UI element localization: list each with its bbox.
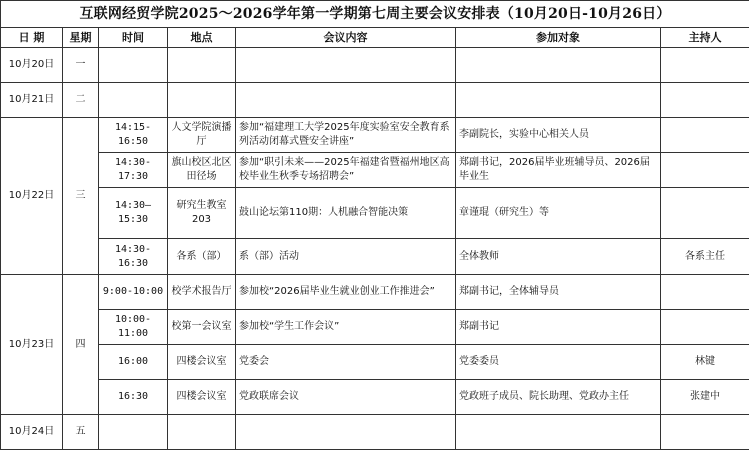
location-cell: 研究生教室203	[168, 188, 236, 239]
time-cell: 14:30—15:30	[99, 188, 168, 239]
location-cell: 各系（部）	[168, 239, 236, 275]
location-cell	[168, 83, 236, 118]
date-cell: 10月23日	[1, 275, 63, 415]
time-cell: 16:30	[99, 380, 168, 415]
table-row: 10月21日 二	[1, 83, 749, 118]
host-cell: 各系主任	[661, 239, 749, 275]
host-cell	[661, 118, 749, 153]
header-time: 时间	[99, 28, 168, 48]
weekday-cell: 一	[63, 48, 99, 83]
date-cell: 10月21日	[1, 83, 63, 118]
time-cell: 16:00	[99, 345, 168, 380]
time-cell: 10:00-11:00	[99, 310, 168, 345]
date-cell: 10月20日	[1, 48, 63, 83]
header-row: 日 期 星期 时间 地点 会议内容 参加对象 主持人	[1, 28, 749, 48]
host-cell: 林键	[661, 345, 749, 380]
location-cell: 人文学院演播厅	[168, 118, 236, 153]
table-row: 10月23日 四 9:00-10:00 校学术报告厅 参加校“2026届毕业生就…	[1, 275, 749, 310]
attendees-cell	[456, 83, 661, 118]
header-host: 主持人	[661, 28, 749, 48]
host-cell	[661, 275, 749, 310]
table-row: 16:30 四楼会议室 党政联席会议 党政班子成员、院长助理、党政办主任 张建中	[1, 380, 749, 415]
content-cell: 党政联席会议	[236, 380, 456, 415]
location-cell	[168, 48, 236, 83]
weekday-cell: 四	[63, 275, 99, 415]
attendees-cell: 章谨琨（研究生）等	[456, 188, 661, 239]
location-cell: 四楼会议室	[168, 380, 236, 415]
table-row: 14:30—15:30 研究生教室203 鼓山论坛第110期：人机融合智能决策 …	[1, 188, 749, 239]
host-cell	[661, 153, 749, 188]
attendees-cell: 党委委员	[456, 345, 661, 380]
attendees-cell: 党政班子成员、院长助理、党政办主任	[456, 380, 661, 415]
time-cell: 14:15-16:50	[99, 118, 168, 153]
location-cell: 校学术报告厅	[168, 275, 236, 310]
attendees-cell: 郑副书记，全体辅导员	[456, 275, 661, 310]
content-cell	[236, 48, 456, 83]
content-cell	[236, 415, 456, 450]
page-title: 互联网经贸学院2025～2026学年第一学期第七周主要会议安排表（10月20日-…	[1, 1, 749, 28]
header-content: 会议内容	[236, 28, 456, 48]
title-row: 互联网经贸学院2025～2026学年第一学期第七周主要会议安排表（10月20日-…	[1, 1, 749, 28]
location-cell: 旗山校区北区田径场	[168, 153, 236, 188]
table-row: 14:30-16:30 各系（部） 系（部）活动 全体教师 各系主任	[1, 239, 749, 275]
header-location: 地点	[168, 28, 236, 48]
time-cell	[99, 48, 168, 83]
weekday-cell: 二	[63, 83, 99, 118]
content-cell: 鼓山论坛第110期：人机融合智能决策	[236, 188, 456, 239]
date-cell: 10月22日	[1, 118, 63, 275]
location-cell: 校第一会议室	[168, 310, 236, 345]
weekday-cell: 五	[63, 415, 99, 450]
header-attendees: 参加对象	[456, 28, 661, 48]
content-cell: 党委会	[236, 345, 456, 380]
attendees-cell: 郑副书记	[456, 310, 661, 345]
time-cell: 14:30-16:30	[99, 239, 168, 275]
content-cell: 参加校“学生工作会议”	[236, 310, 456, 345]
time-cell: 9:00-10:00	[99, 275, 168, 310]
table-row: 10月22日 三 14:15-16:50 人文学院演播厅 参加“福建理工大学20…	[1, 118, 749, 153]
host-cell	[661, 188, 749, 239]
content-cell: 参加“福建理工大学2025年度实验室安全教育系列活动闭幕式暨安全讲座”	[236, 118, 456, 153]
host-cell	[661, 310, 749, 345]
table-row: 10:00-11:00 校第一会议室 参加校“学生工作会议” 郑副书记	[1, 310, 749, 345]
meeting-schedule-table: 互联网经贸学院2025～2026学年第一学期第七周主要会议安排表（10月20日-…	[0, 0, 749, 450]
weekday-cell: 三	[63, 118, 99, 275]
table-row: 10月20日 一	[1, 48, 749, 83]
content-cell: 参加校“2026届毕业生就业创业工作推进会”	[236, 275, 456, 310]
header-weekday: 星期	[63, 28, 99, 48]
time-cell	[99, 415, 168, 450]
time-cell: 14:30-17:30	[99, 153, 168, 188]
attendees-cell: 全体教师	[456, 239, 661, 275]
attendees-cell: 郑副书记，2026届毕业班辅导员、2026届毕业生	[456, 153, 661, 188]
table-row: 10月24日 五	[1, 415, 749, 450]
location-cell: 四楼会议室	[168, 345, 236, 380]
content-cell	[236, 83, 456, 118]
date-cell: 10月24日	[1, 415, 63, 450]
location-cell	[168, 415, 236, 450]
header-date: 日 期	[1, 28, 63, 48]
table-row: 16:00 四楼会议室 党委会 党委委员 林键	[1, 345, 749, 380]
host-cell	[661, 83, 749, 118]
meeting-schedule-sheet: 互联网经贸学院2025～2026学年第一学期第七周主要会议安排表（10月20日-…	[0, 0, 749, 460]
host-cell	[661, 48, 749, 83]
time-cell	[99, 83, 168, 118]
attendees-cell	[456, 415, 661, 450]
attendees-cell	[456, 48, 661, 83]
table-row: 14:30-17:30 旗山校区北区田径场 参加“职引未来——2025年福建省暨…	[1, 153, 749, 188]
attendees-cell: 李副院长，实验中心相关人员	[456, 118, 661, 153]
content-cell: 系（部）活动	[236, 239, 456, 275]
content-cell: 参加“职引未来——2025年福建省暨福州地区高校毕业生秋季专场招聘会”	[236, 153, 456, 188]
host-cell: 张建中	[661, 380, 749, 415]
host-cell	[661, 415, 749, 450]
